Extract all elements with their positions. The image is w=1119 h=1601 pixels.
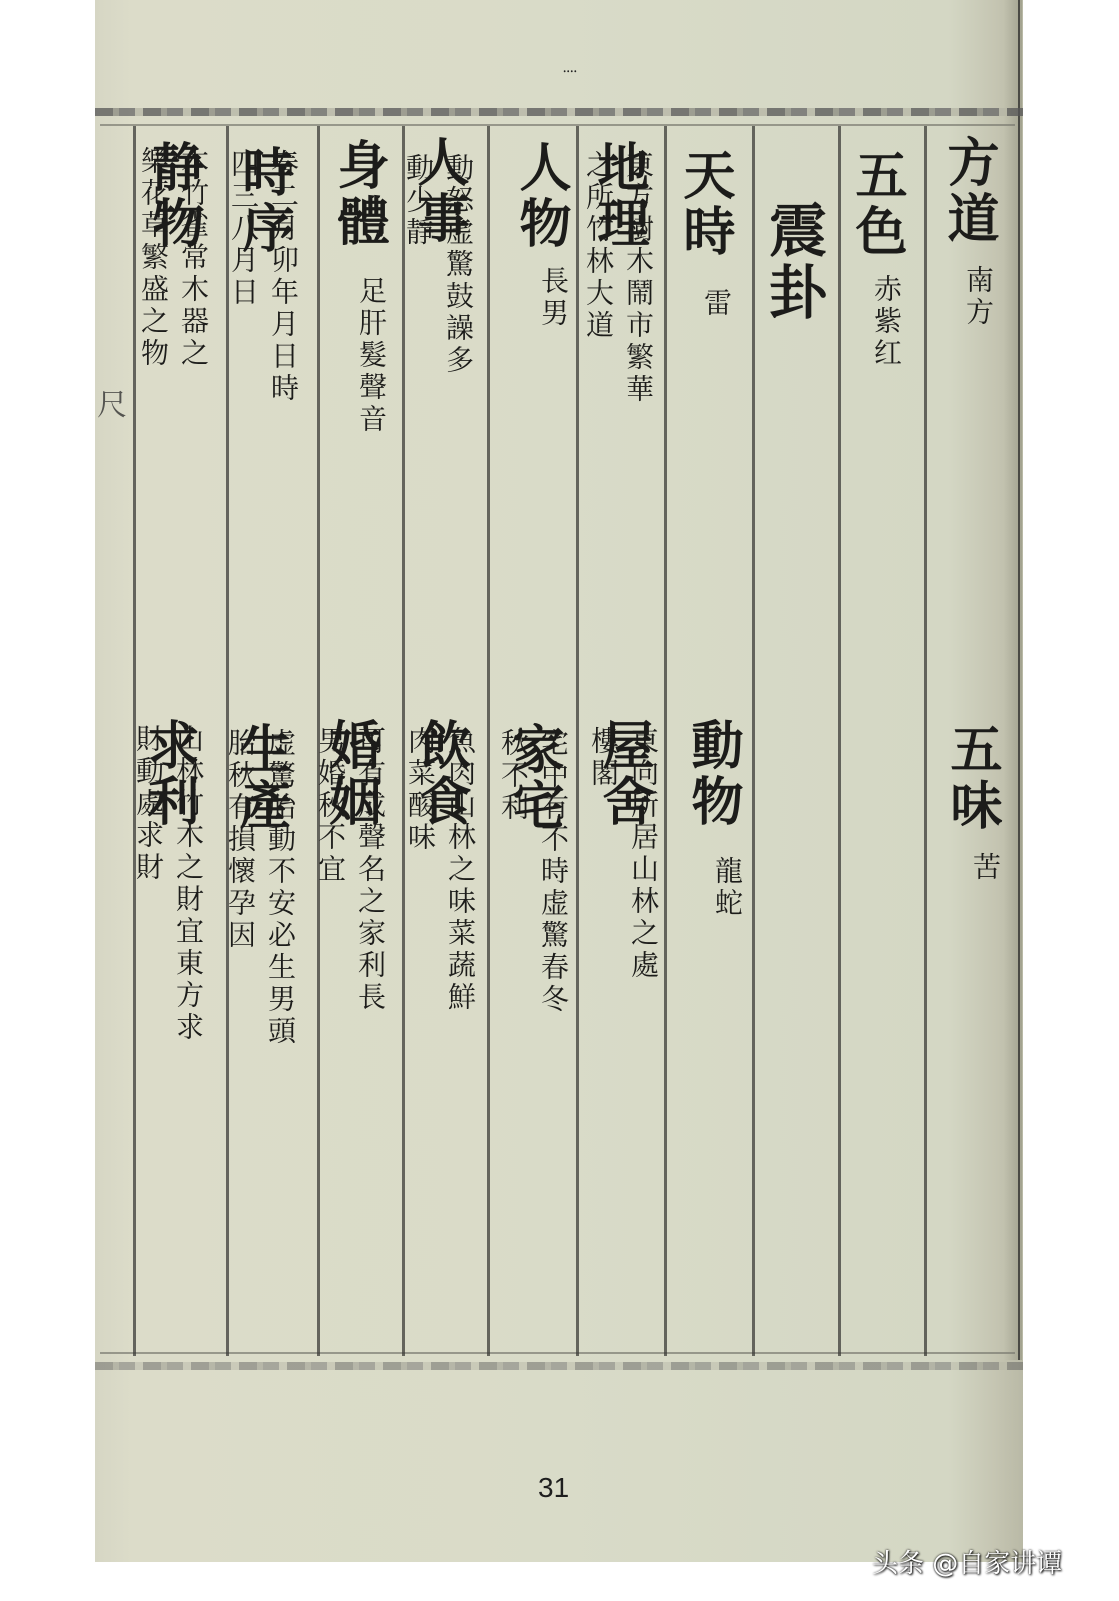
entry-detail: 龍蛇 bbox=[710, 856, 744, 920]
entry-detail: 四三八月日 bbox=[226, 149, 260, 405]
entry-detail: 東方樹木鬧市繁華 bbox=[621, 150, 655, 406]
entry-detail: 宅中有不時虚驚春冬 bbox=[536, 728, 570, 1016]
entry-detail: 之所竹林大道 bbox=[581, 150, 615, 406]
entry-detail: 東向所居山林之處 bbox=[626, 726, 660, 982]
entry-detail: 肉菜酸味 bbox=[403, 726, 437, 1014]
entry-direction: 方道 南方 bbox=[940, 135, 996, 329]
entry-five-colors: 五色 赤紫红 bbox=[848, 148, 904, 370]
column-rule bbox=[576, 126, 579, 1356]
entry-body: 身體 足肝髮聲音 bbox=[328, 138, 388, 436]
source-watermark: 头条 @自家讲谭 bbox=[872, 1543, 1062, 1580]
entry-detail: 南方 bbox=[961, 265, 995, 329]
entry-heading: 五色 bbox=[848, 148, 904, 260]
trigram-name: 震卦 bbox=[765, 200, 821, 324]
entry-detail: 秋不利 bbox=[496, 728, 530, 1016]
entry-heading: 動物 bbox=[684, 718, 740, 830]
entry-childbirth: 生產 虚驚胎動不安必生男頭 胎秋有損懷孕因 bbox=[232, 722, 288, 834]
entry-detail: 虚驚胎動不安必生男頭 bbox=[263, 728, 297, 1048]
entry-seeking-profit: 求利 山林竹木之財宜東方求 財動處求財 bbox=[140, 718, 196, 830]
top-ink-mark: ᠁ bbox=[560, 58, 576, 82]
entry-detail: 足肝髮聲音 bbox=[354, 276, 388, 436]
entry-detail: 苦 bbox=[968, 852, 1002, 884]
entry-detail: 動少靜 bbox=[401, 153, 435, 377]
entry-detail: 樂花草繁盛之物 bbox=[136, 146, 170, 370]
entry-still-objects: 静物 木竹雀常木器之 樂花草繁盛之物 bbox=[145, 140, 201, 252]
entry-detail: 男婚秋不宜 bbox=[313, 726, 347, 1014]
column-rule bbox=[487, 126, 490, 1356]
column-rule bbox=[838, 126, 841, 1356]
entry-detail: 木竹雀常木器之 bbox=[176, 146, 210, 370]
entry-detail: 動怒虚驚鼓譟多 bbox=[441, 153, 475, 377]
entry-food: 飲食 魚肉山林之味菜蔬鮮 肉菜酸味 bbox=[412, 718, 468, 830]
entry-detail: 財動處求財 bbox=[131, 724, 165, 1044]
entry-heading: 人物 bbox=[512, 140, 568, 252]
entry-person: 人物 長男 bbox=[510, 140, 570, 330]
entry-five-flavors: 五味 苦 bbox=[940, 722, 1002, 884]
entry-heading: 方道 bbox=[940, 135, 996, 247]
entry-heading: 身體 bbox=[330, 138, 386, 250]
column-rule bbox=[924, 126, 927, 1356]
entry-marriage: 婚姻 可有成聲名之家利長 男婚秋不宜 bbox=[322, 718, 378, 830]
page-edge-line bbox=[1018, 0, 1020, 1360]
entry-geography: 地理 東方樹木鬧市繁華 之所竹林大道 bbox=[590, 140, 646, 252]
entry-detail: 長男 bbox=[536, 266, 570, 330]
entry-detail: 胎秋有損懷孕因 bbox=[223, 728, 257, 1048]
entry-detail: 山林竹木之財宜東方求 bbox=[171, 724, 205, 1044]
entry-detail: 赤紫红 bbox=[869, 274, 903, 370]
bottom-ruled-line bbox=[100, 1352, 1015, 1354]
column-rule bbox=[664, 126, 667, 1356]
margin-mark: 尺 bbox=[97, 380, 127, 424]
entry-human-affairs: 人事 動怒虚驚鼓譟多 動少靜 bbox=[410, 135, 466, 247]
entry-animals: 動物 龍蛇 bbox=[680, 718, 744, 920]
column-rule bbox=[752, 126, 755, 1356]
entry-detail: 春二月卯年月日時 bbox=[266, 149, 300, 405]
top-ruled-band bbox=[95, 108, 1023, 116]
entry-household: 家宅 宅中有不時虚驚春冬 秋不利 bbox=[505, 722, 561, 834]
entry-detail: 樓閣 bbox=[586, 726, 620, 982]
entry-detail: 魚肉山林之味菜蔬鮮 bbox=[443, 726, 477, 1014]
entry-dwelling: 屋舍 東向所居山林之處 樓閣 bbox=[595, 718, 651, 830]
entry-detail: 可有成聲名之家利長 bbox=[353, 726, 387, 1014]
page-number: 31 bbox=[538, 1472, 569, 1504]
entry-heading: 天時 bbox=[676, 148, 732, 260]
entry-detail: 雷 bbox=[699, 288, 733, 320]
entry-weather: 天時 雷 bbox=[675, 148, 733, 320]
trigram-title: 震卦 bbox=[765, 200, 821, 324]
entry-season: 時序 春二月卯年月日時 四三八月日 bbox=[235, 145, 291, 257]
entry-heading: 五味 bbox=[943, 722, 999, 834]
top-ruled-line bbox=[100, 124, 1015, 126]
bottom-ruled-band bbox=[95, 1362, 1023, 1370]
